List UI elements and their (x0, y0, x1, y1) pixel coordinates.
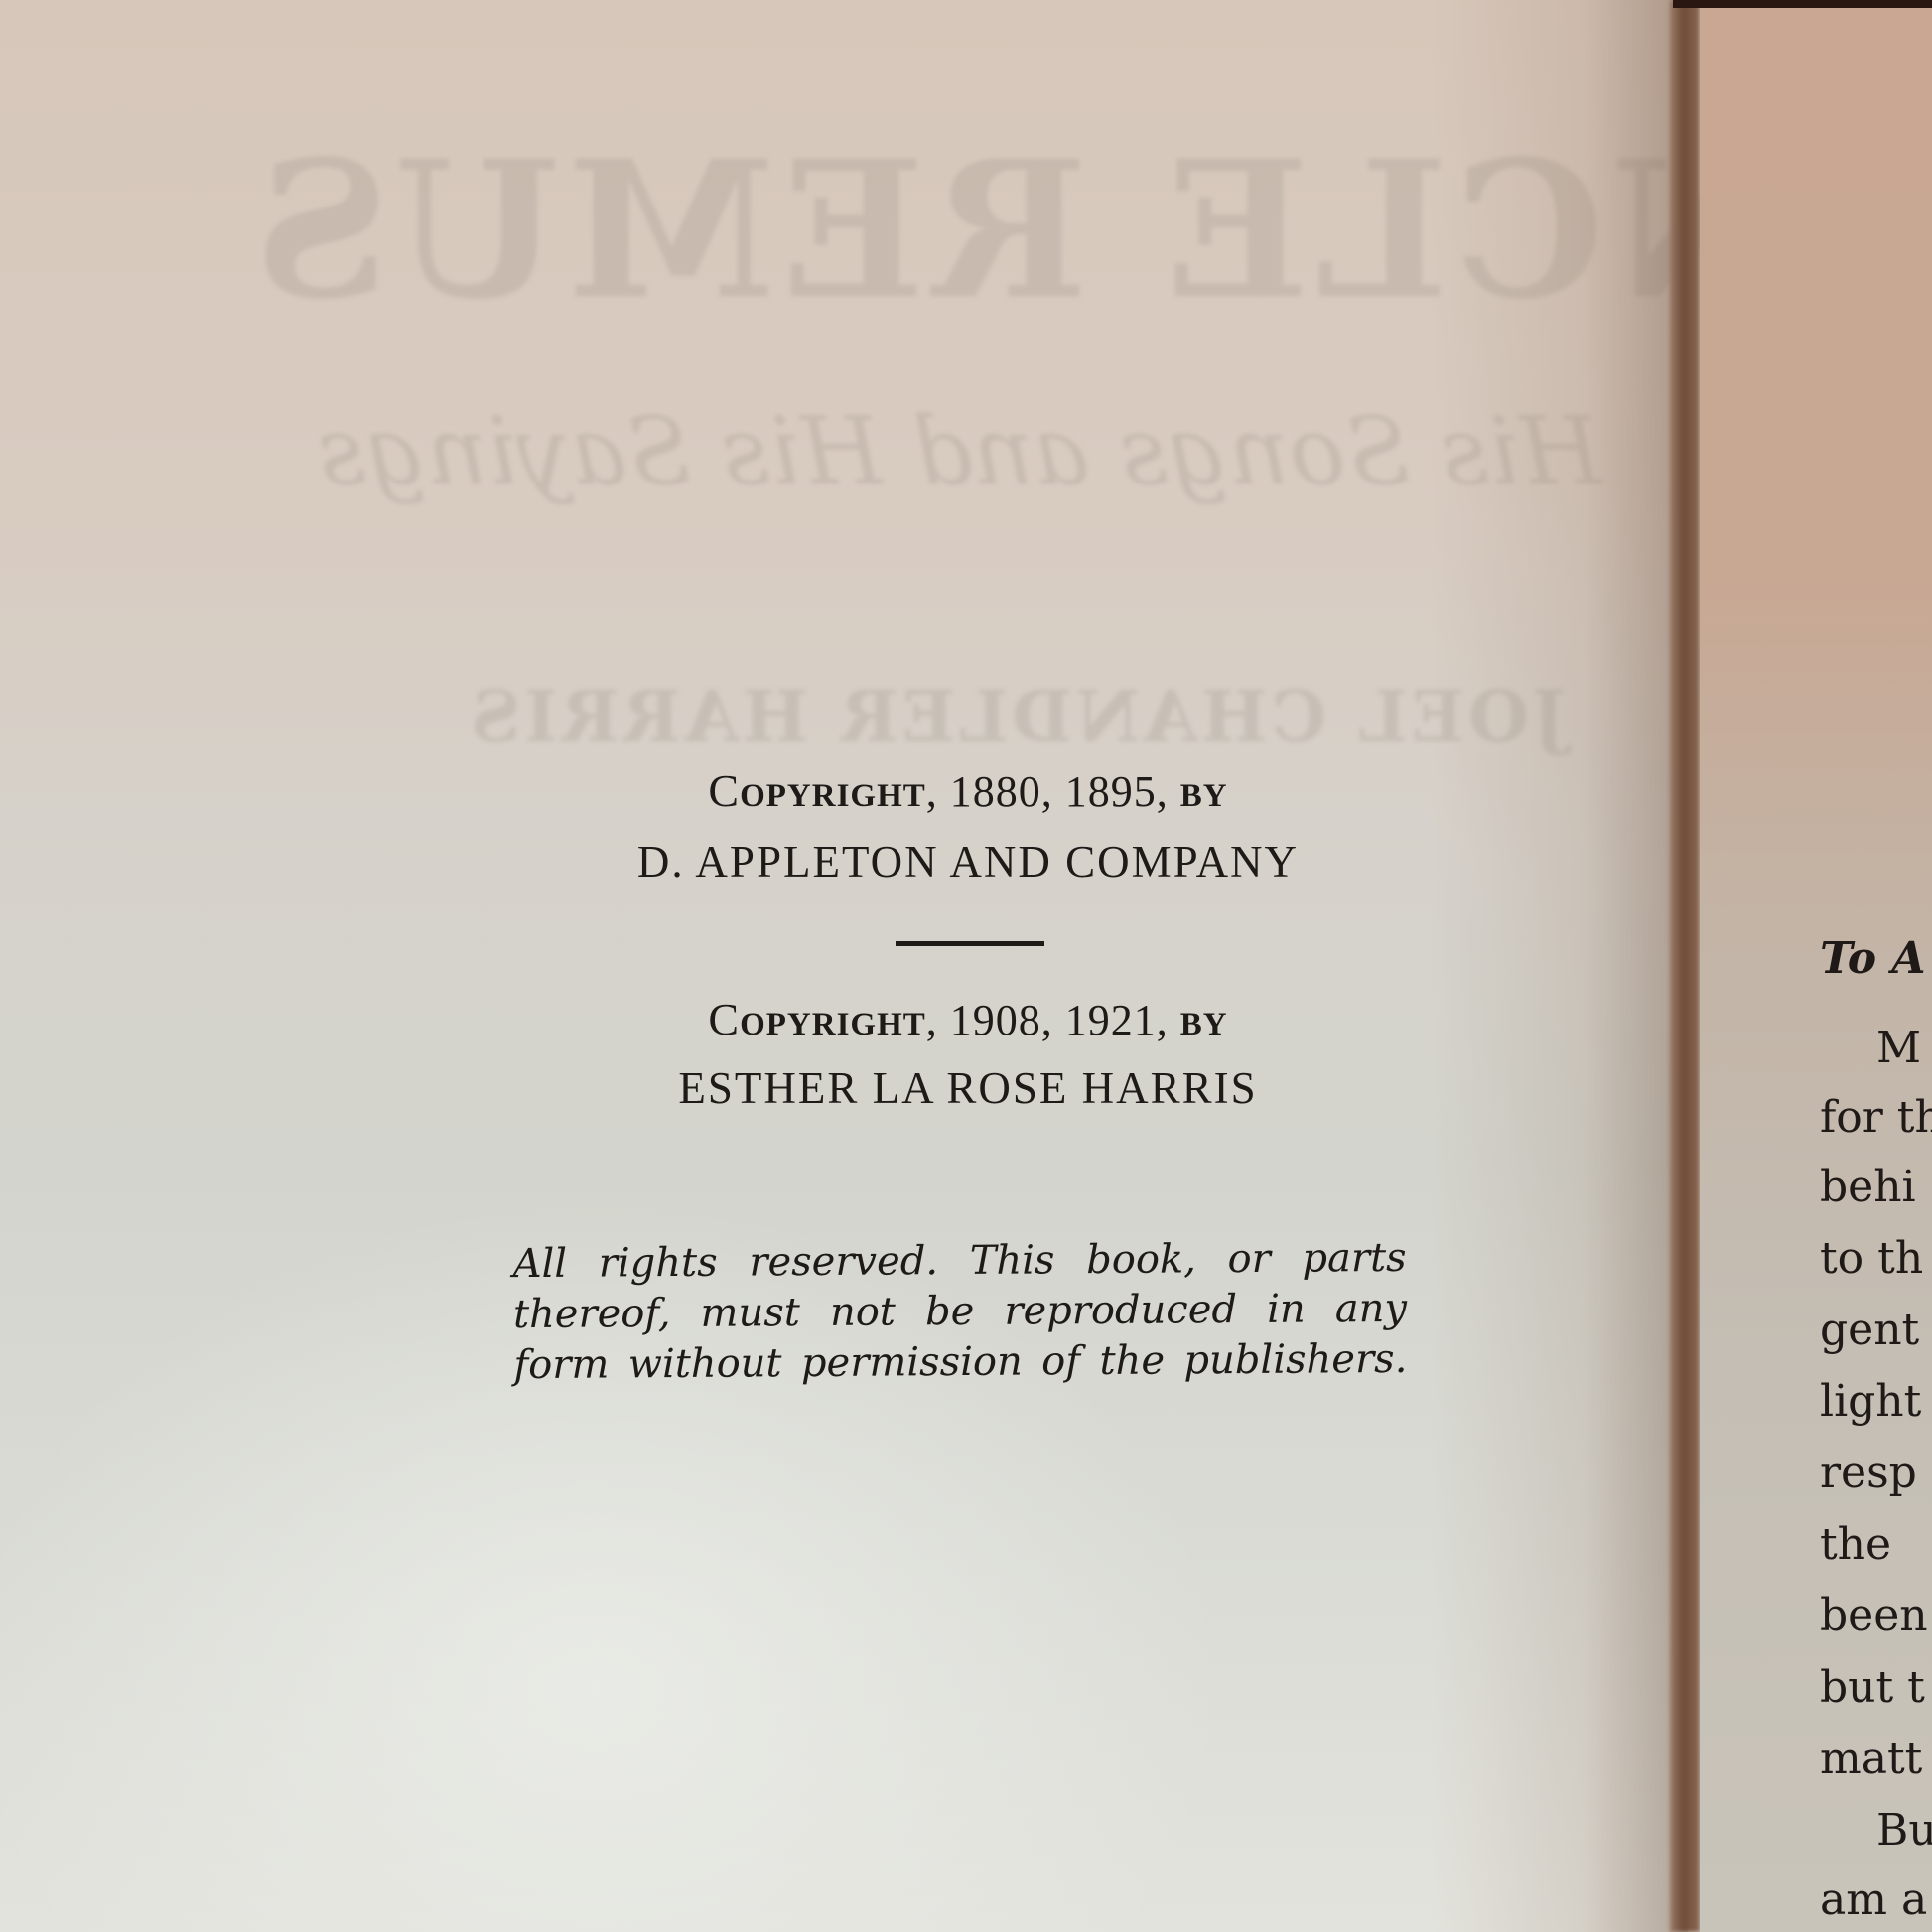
right-page-line: the (1820, 1519, 1891, 1570)
copyright-word-rest: OPYRIGHT (740, 778, 926, 814)
right-page-line: for th (1820, 1092, 1932, 1143)
copyright-line-2: COPYRIGHT, 1908, 1921, BY (496, 993, 1440, 1045)
copyright-by: BY (1180, 1007, 1228, 1042)
rights-line: All rights reserved. This book, or parts (512, 1233, 1406, 1290)
right-page-line: been (1820, 1590, 1928, 1641)
copyright-by: BY (1180, 778, 1228, 814)
right-page-line: behi (1820, 1162, 1916, 1212)
copyright-holder-1: D. APPLETON AND COMPANY (496, 836, 1440, 888)
right-page-line: M (1876, 1023, 1921, 1073)
dedication-heading: To A (1820, 933, 1926, 984)
copyright-word-initial: C (708, 765, 740, 816)
rights-notice: All rights reserved. This book, or parts… (512, 1233, 1407, 1391)
rights-line: thereof, must not be reproduced in any (513, 1284, 1407, 1340)
rights-line: form without permission of the publisher… (513, 1334, 1407, 1391)
book-photo: UNCLE REMUS His Songs and His Sayings JO… (0, 0, 1932, 1932)
copyright-years: , 1908, 1921, (926, 996, 1180, 1044)
right-page-line: resp (1820, 1448, 1917, 1498)
copyright-holder-2: ESTHER LA ROSE HARRIS (496, 1062, 1440, 1114)
dark-edge-strip (1673, 0, 1932, 8)
left-page: UNCLE REMUS His Songs and His Sayings JO… (0, 0, 1688, 1932)
right-page-line: Bu (1876, 1805, 1932, 1856)
divider-rule (896, 941, 1044, 946)
book-gutter (1670, 0, 1700, 1932)
right-page-line: matt (1820, 1733, 1922, 1784)
copyright-word-rest: OPYRIGHT (740, 1007, 926, 1042)
copyright-block: COPYRIGHT, 1880, 1895, BY D. APPLETON AN… (496, 0, 1440, 1191)
copyright-line-1: COPYRIGHT, 1880, 1895, BY (496, 764, 1440, 817)
right-page-line: but t (1820, 1662, 1925, 1713)
right-page-line: am a (1820, 1874, 1927, 1925)
right-page-line: light (1820, 1376, 1921, 1427)
right-page-line: to th (1820, 1233, 1923, 1284)
right-page-line: gent (1820, 1305, 1919, 1355)
copyright-years: , 1880, 1895, (926, 767, 1180, 816)
copyright-word-initial: C (708, 994, 740, 1044)
